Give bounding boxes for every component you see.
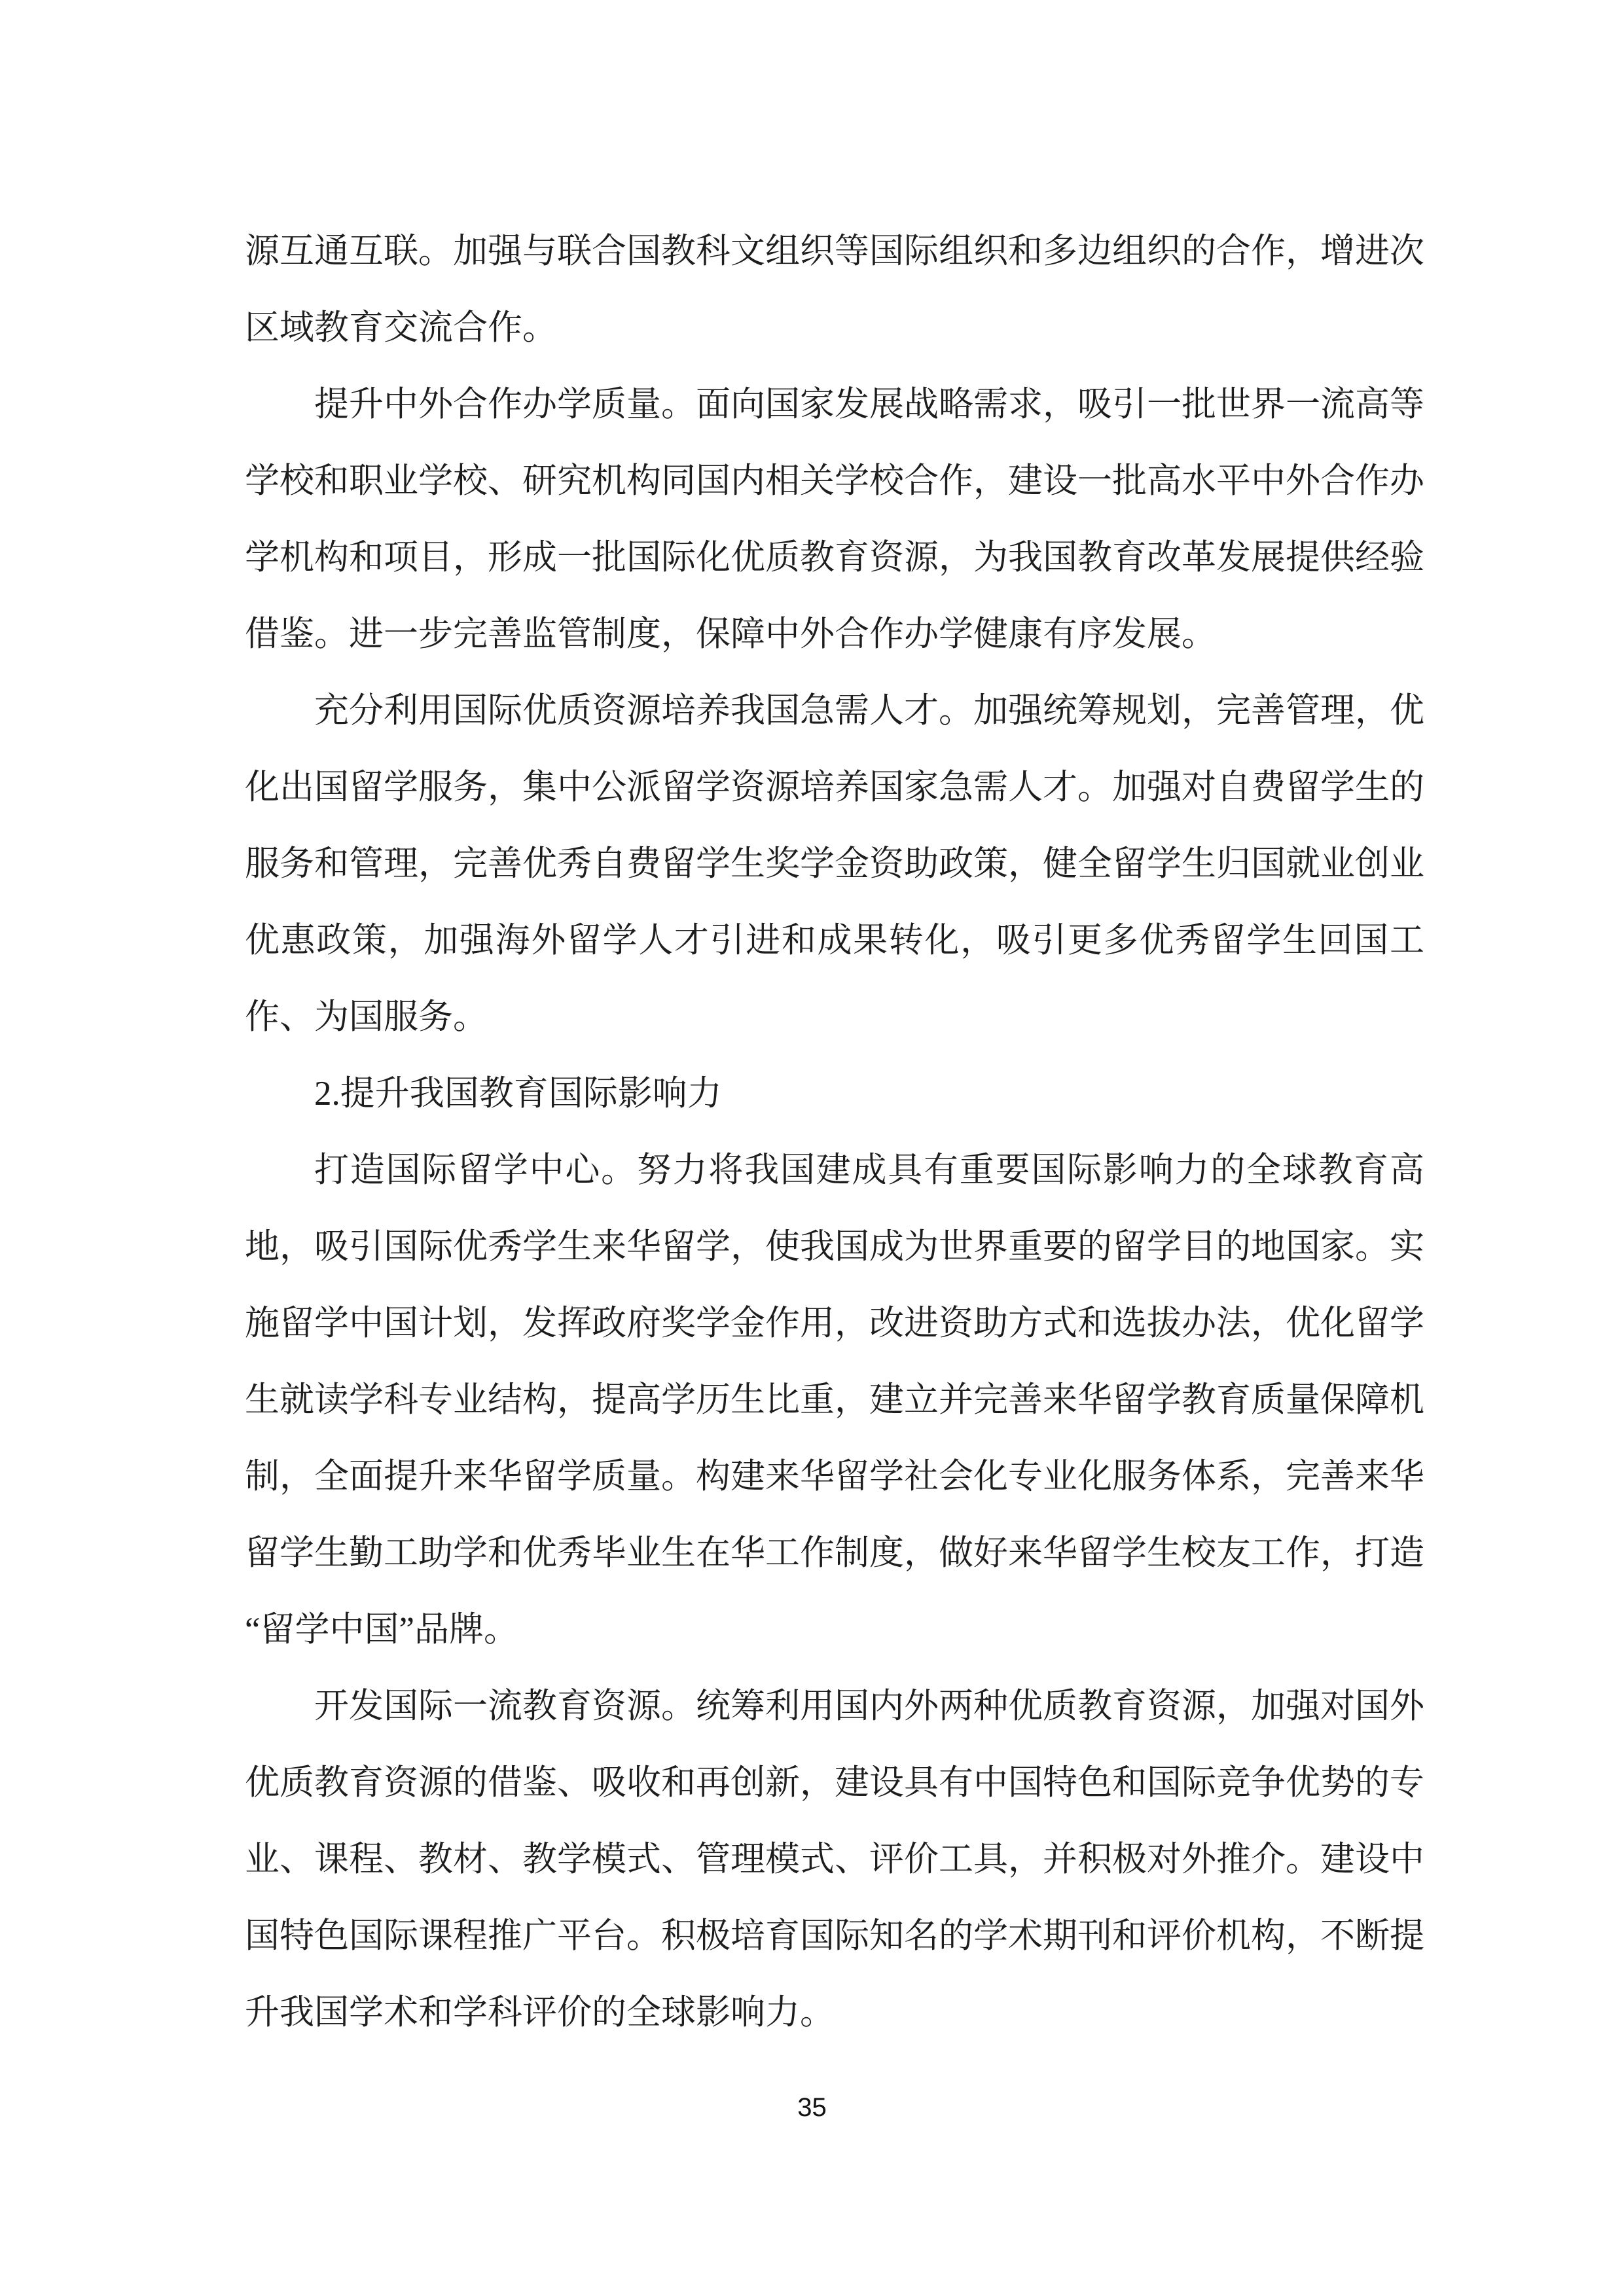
- paragraph: 打造国际留学中心。努力将我国建成具有重要国际影响力的全球教育高地，吸引国际优秀学…: [245, 1132, 1424, 1668]
- paragraph: 开发国际一流教育资源。统筹利用国内外两种优质教育资源，加强对国外优质教育资源的借…: [245, 1668, 1424, 2051]
- body-text: 源互通互联。加强与联合国教科文组织等国际组织和多边组织的合作，增进次区域教育交流…: [245, 213, 1424, 2051]
- section-heading: 2.提升我国教育国际影响力: [245, 1056, 1424, 1132]
- document-page: 源互通互联。加强与联合国教科文组织等国际组织和多边组织的合作，增进次区域教育交流…: [0, 0, 1624, 2296]
- page-footer: 35: [0, 2092, 1624, 2123]
- paragraph-continuation: 源互通互联。加强与联合国教科文组织等国际组织和多边组织的合作，增进次区域教育交流…: [245, 213, 1424, 367]
- paragraph: 充分利用国际优质资源培养我国急需人才。加强统筹规划，完善管理，优化出国留学服务，…: [245, 673, 1424, 1056]
- page-number: 35: [797, 2093, 827, 2122]
- paragraph: 提升中外合作办学质量。面向国家发展战略需求，吸引一批世界一流高等学校和职业学校、…: [245, 367, 1424, 673]
